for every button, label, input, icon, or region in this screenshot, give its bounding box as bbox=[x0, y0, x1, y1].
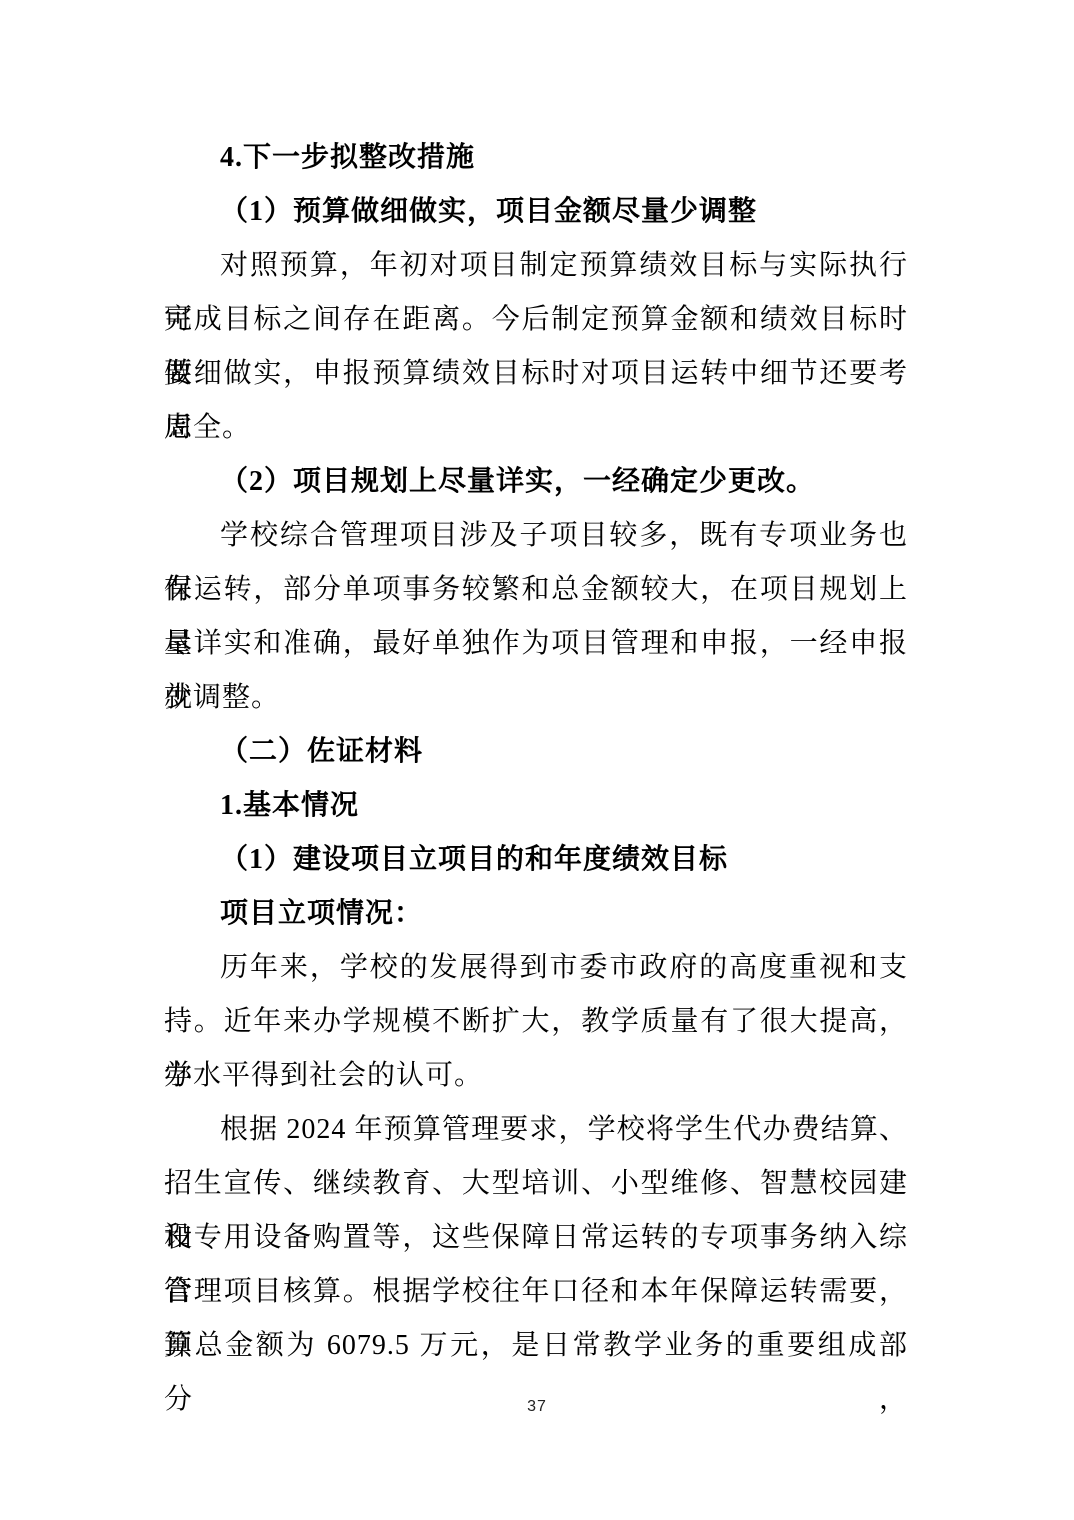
paragraph-line: 根据 2024 年预算管理要求，学校将学生代办费结算、 bbox=[164, 1103, 908, 1157]
paragraph-line: 完成目标之间存在距离。今后制定预算金额和绩效目标时要 bbox=[164, 293, 908, 347]
heading-line: （1）预算做细做实，项目金额尽量少调整 bbox=[164, 185, 908, 239]
paragraph-line: 保运转，部分单项事务较繁和总金额较大，在项目规划上尽 bbox=[164, 563, 908, 617]
heading-line: 项目立项情况： bbox=[164, 887, 908, 941]
paragraph-line: 招生宣传、继续教育、大型培训、小型维修、智慧校园建设 bbox=[164, 1157, 908, 1211]
paragraph-line: 持。近年来办学规模不断扩大，教学质量有了很大提高，办 bbox=[164, 995, 908, 1049]
paragraph-line: 管理项目核算。根据学校往年口径和本年保障运转需要，预 bbox=[164, 1265, 908, 1319]
heading-line: （1）建设项目立项目的和年度绩效目标 bbox=[164, 833, 908, 887]
paragraph-line: 少调整。 bbox=[164, 671, 908, 725]
heading-line: （2）项目规划上尽量详实，一经确定少更改。 bbox=[164, 455, 908, 509]
paragraph-line: 算总金额为 6079.5 万元，是日常教学业务的重要组成部分， bbox=[164, 1319, 908, 1373]
paragraph-line: 学水平得到社会的认可。 bbox=[164, 1049, 908, 1103]
heading-line: （二）佐证材料 bbox=[164, 725, 908, 779]
page-number: 37 bbox=[0, 1396, 1074, 1418]
paragraph-line: 周全。 bbox=[164, 401, 908, 455]
paragraph-line: 做细做实，申报预算绩效目标时对项目运转中细节还要考虑 bbox=[164, 347, 908, 401]
paragraph-line: 量详实和准确，最好单独作为项目管理和申报，一经申报就 bbox=[164, 617, 908, 671]
paragraph-line: 对照预算，年初对项目制定预算绩效目标与实际执行可 bbox=[164, 239, 908, 293]
heading-line: 1.基本情况 bbox=[164, 779, 908, 833]
paragraph-line: 历年来，学校的发展得到市委市政府的高度重视和支 bbox=[164, 941, 908, 995]
paragraph-line: 学校综合管理项目涉及子项目较多，既有专项业务也有 bbox=[164, 509, 908, 563]
paragraph-line: 和专用设备购置等，这些保障日常运转的专项事务纳入综合 bbox=[164, 1211, 908, 1265]
heading-line: 4.下一步拟整改措施 bbox=[164, 131, 908, 185]
document-body: 4.下一步拟整改措施（1）预算做细做实，项目金额尽量少调整对照预算，年初对项目制… bbox=[164, 131, 908, 1373]
